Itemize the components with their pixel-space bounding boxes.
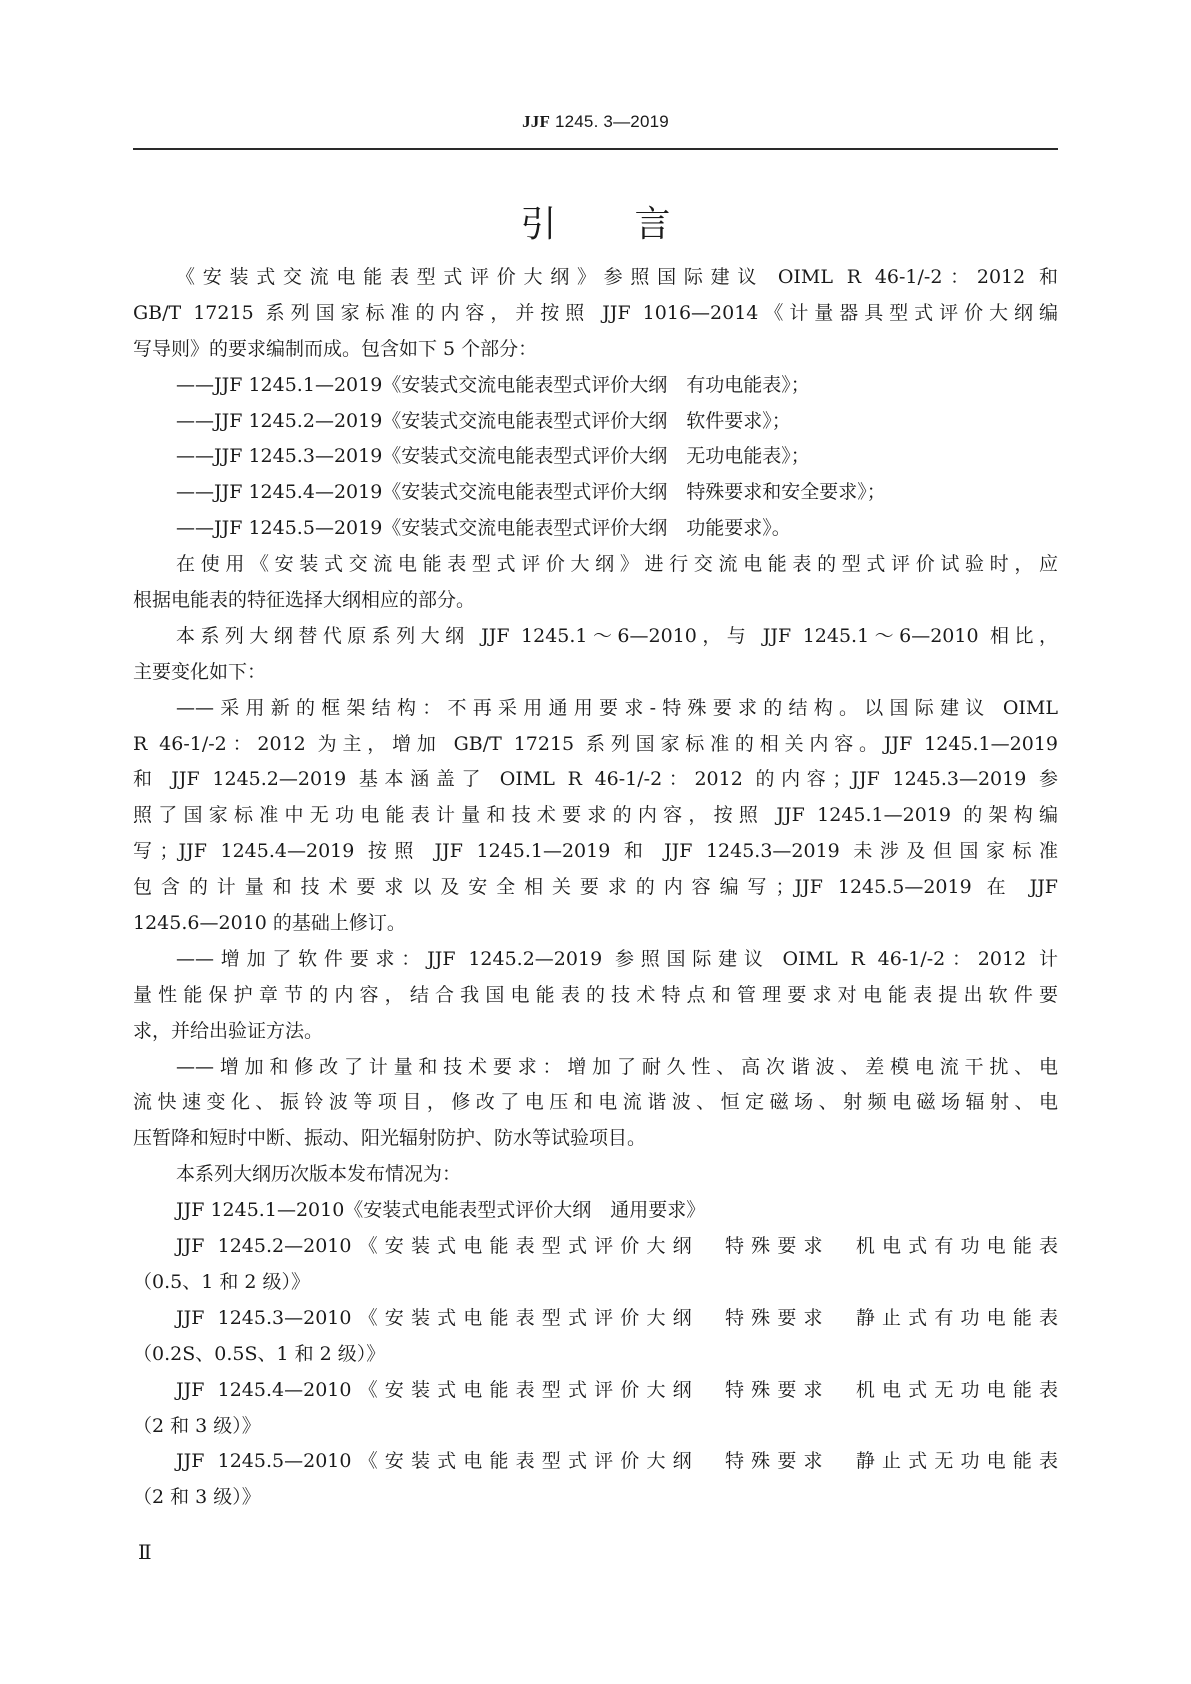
text-line: 求，并给出验证方法。 [133,1014,1058,1050]
text-line: 包含的计量和技术要求以及安全相关要求的内容编写；JJF 1245.5—2019 … [133,870,1058,906]
text-line: （0.5、1 和 2 级）》 [133,1265,1058,1301]
text-line: ——JJF 1245.1—2019《安装式交流电能表型式评价大纲 有功电能表》； [133,368,1058,404]
header-rule [133,148,1058,150]
text-line: ——采用新的框架结构：不再采用通用要求-特殊要求的结构。以国际建议 OIML [133,691,1058,727]
code-prefix: JJF [522,112,550,131]
text-line: R 46-1/-2：2012 为主，增加 GB/T 17215 系列国家标准的相… [133,727,1058,763]
text-line: 压暂降和短时中断、振动、阳光辐射防护、防水等试验项目。 [133,1121,1058,1157]
text-line: ——JJF 1245.3—2019《安装式交流电能表型式评价大纲 无功电能表》； [133,439,1058,475]
text-line: ——JJF 1245.4—2019《安装式交流电能表型式评价大纲 特殊要求和安全… [133,475,1058,511]
text-line: 主要变化如下： [133,655,1058,691]
text-line: 《安装式交流电能表型式评价大纲》参照国际建议 OIML R 46-1/-2：20… [133,260,1058,296]
text-line: 在使用《安装式交流电能表型式评价大纲》进行交流电能表的型式评价试验时，应 [133,547,1058,583]
text-line: JJF 1245.5—2010《安装式电能表型式评价大纲 特殊要求 静止式无功电… [133,1444,1058,1480]
text-line: （0.2S、0.5S、1 和 2 级）》 [133,1337,1058,1373]
text-line: 写；JJF 1245.4—2019 按照 JJF 1245.1—2019 和 J… [133,834,1058,870]
text-line: GB/T 17215 系列国家标准的内容，并按照 JJF 1016—2014《计… [133,296,1058,332]
document-code-header: JJF 1245. 3—2019 [0,112,1191,132]
document-body: 《安装式交流电能表型式评价大纲》参照国际建议 OIML R 46-1/-2：20… [133,260,1058,1516]
text-line: JJF 1245.4—2010《安装式电能表型式评价大纲 特殊要求 机电式无功电… [133,1373,1058,1409]
section-title: 引言 [0,196,1191,247]
text-line: ——增加了软件要求：JJF 1245.2—2019 参照国际建议 OIML R … [133,942,1058,978]
text-line: 写导则》的要求编制而成。包含如下 5 个部分： [133,332,1058,368]
text-line: 照了国家标准中无功电能表计量和技术要求的内容，按照 JJF 1245.1—201… [133,798,1058,834]
text-line: （2 和 3 级）》 [133,1480,1058,1516]
text-line: ——JJF 1245.2—2019《安装式交流电能表型式评价大纲 软件要求》； [133,404,1058,440]
text-line: JJF 1245.2—2010《安装式电能表型式评价大纲 特殊要求 机电式有功电… [133,1229,1058,1265]
text-line: 根据电能表的特征选择大纲相应的部分。 [133,583,1058,619]
text-line: ——增加和修改了计量和技术要求：增加了耐久性、高次谐波、差模电流干扰、电 [133,1050,1058,1086]
page-number: Ⅱ [138,1540,152,1564]
code-number: 1245. 3—2019 [550,112,669,131]
text-line: 1245.6—2010 的基础上修订。 [133,906,1058,942]
title-char-1: 引 [520,196,556,247]
text-line: ——JJF 1245.5—2019《安装式交流电能表型式评价大纲 功能要求》。 [133,511,1058,547]
text-line: 本系列大纲历次版本发布情况为： [133,1157,1058,1193]
text-line: JJF 1245.1—2010《安装式电能表型式评价大纲 通用要求》 [133,1193,1058,1229]
text-line: 流快速变化、振铃波等项目，修改了电压和电流谐波、恒定磁场、射频电磁场辐射、电 [133,1085,1058,1121]
text-line: JJF 1245.3—2010《安装式电能表型式评价大纲 特殊要求 静止式有功电… [133,1301,1058,1337]
text-line: 本系列大纲替代原系列大纲 JJF 1245.1～6—2010，与 JJF 124… [133,619,1058,655]
title-char-2: 言 [635,196,671,247]
text-line: 和 JJF 1245.2—2019 基本涵盖了 OIML R 46-1/-2：2… [133,762,1058,798]
text-line: 量性能保护章节的内容，结合我国电能表的技术特点和管理要求对电能表提出软件要 [133,978,1058,1014]
text-line: （2 和 3 级）》 [133,1409,1058,1445]
